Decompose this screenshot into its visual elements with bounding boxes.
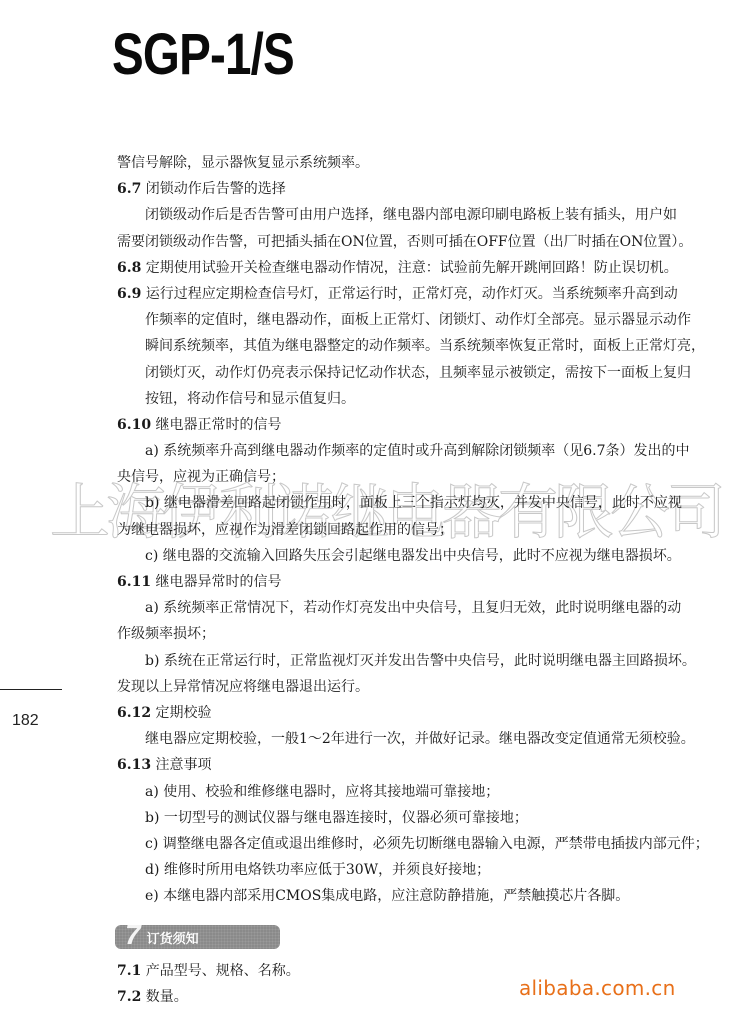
paragraph-line: e) 本继电器内部采用CMOS集成电路，应注意防静措施，严禁触摸芯片各脚。	[117, 883, 717, 909]
line-text: 定期校验	[151, 705, 211, 721]
paragraph-line: a) 系统频率升高到继电器动作频率的定值时或升高到解除闭锁频率（见6.7条）发出…	[117, 438, 717, 464]
line-text: 作级频率损坏；	[117, 626, 215, 642]
paragraph-line: 发现以上异常情况应将继电器退出运行。	[117, 674, 717, 700]
line-text: a) 系统频率正常情况下，若动作灯亮发出中央信号，且复归无效，此时说明继电器的动	[145, 600, 681, 616]
section-heading: 6.9 运行过程应定期检查信号灯，正常运行时，正常灯亮，动作灯灭。当系统频率升高…	[117, 281, 717, 307]
paragraph-line: 央信号，应视为正确信号；	[117, 464, 717, 490]
order-item: 7.2 数量。	[117, 984, 300, 1010]
paragraph-line: d) 维修时所用电烙铁功率应低于30W，并须良好接地；	[117, 857, 717, 883]
ordering-list: 7.1 产品型号、规格、名称。7.2 数量。	[117, 958, 300, 1010]
paragraph-line: 作级频率损坏；	[117, 621, 717, 647]
section-number: 6.8	[117, 260, 141, 276]
section-7-banner: 7 订货须知	[115, 925, 280, 949]
paragraph-line: c) 继电器的交流输入回路失压会引起继电器发出中央信号，此时不应视为继电器损坏。	[117, 543, 717, 569]
document-body: 警信号解除，显示器恢复显示系统频率。6.7 闭锁动作后告警的选择闭锁级动作后是否…	[117, 150, 717, 909]
paragraph-line: 继电器应定期校验，一般1～2年进行一次，并做好记录。继电器改变定值通常无须校验。	[117, 726, 717, 752]
line-text: a) 使用、校验和维修继电器时，应将其接地端可靠接地；	[145, 784, 499, 800]
paragraph-line: 警信号解除，显示器恢复显示系统频率。	[117, 150, 717, 176]
line-text: e) 本继电器内部采用CMOS集成电路，应注意防静措施，严禁触摸芯片各脚。	[145, 888, 629, 904]
line-text: 央信号，应视为正确信号；	[117, 469, 285, 485]
paragraph-line: b) 系统在正常运行时，正常监视灯灭并发出告警中央信号，此时说明继电器主回路损坏…	[117, 648, 717, 674]
line-text: c) 继电器的交流输入回路失压会引起继电器发出中央信号，此时不应视为继电器损坏。	[145, 548, 681, 564]
section-title: 订货须知	[147, 928, 199, 947]
paragraph-line: 闭锁灯灭，动作灯仍亮表示保持记忆动作状态，且频率显示被锁定，需按下一面板上复归	[117, 360, 717, 386]
section-heading: 6.7 闭锁动作后告警的选择	[117, 176, 717, 202]
line-text: 发现以上异常情况应将继电器退出运行。	[117, 679, 369, 695]
line-text: 运行过程应定期检查信号灯，正常运行时，正常灯亮，动作灯灭。当系统频率升高到动	[141, 286, 677, 302]
paragraph-line: a) 系统频率正常情况下，若动作灯亮发出中央信号，且复归无效，此时说明继电器的动	[117, 595, 717, 621]
line-text: 作频率的定值时，继电器动作，面板上正常灯、闭锁灯、动作灯全部亮。显示器显示动作	[145, 312, 691, 328]
line-text: b) 继电器滑差回路起闭锁作用时，面板上三个指示灯均灭，并发中央信号，此时不应视	[145, 495, 682, 511]
line-text: 警信号解除，显示器恢复显示系统频率。	[117, 155, 369, 171]
line-text: 闭锁级动作后是否告警可由用户选择，继电器内部电源印刷电路板上装有插头，用户如	[145, 207, 677, 223]
line-text: 注意事项	[151, 757, 211, 773]
section-heading: 6.8 定期使用试验开关检查继电器动作情况，注意：试验前先解开跳闸回路！防止误切…	[117, 255, 717, 281]
section-number: 6.10	[117, 417, 151, 433]
section-heading: 6.13 注意事项	[117, 752, 717, 778]
page-number-rule	[0, 689, 62, 690]
line-text: c) 调整继电器各定值或退出维修时，必须先切断继电器输入电源，严禁带电插拔内部元…	[145, 836, 709, 852]
paragraph-line: 闭锁级动作后是否告警可由用户选择，继电器内部电源印刷电路板上装有插头，用户如	[117, 202, 717, 228]
section-number: 6.7	[117, 181, 141, 197]
paragraph-line: 为继电器损坏，应视作为滑差闭锁回路起作用的信号；	[117, 517, 717, 543]
section-number: 6.13	[117, 757, 151, 773]
line-text: 继电器异常时的信号	[151, 574, 281, 590]
line-text: d) 维修时所用电烙铁功率应低于30W，并须良好接地；	[145, 862, 490, 878]
paragraph-line: b) 继电器滑差回路起闭锁作用时，面板上三个指示灯均灭，并发中央信号，此时不应视	[117, 490, 717, 516]
line-text: 为继电器损坏，应视作为滑差闭锁回路起作用的信号；	[117, 522, 453, 538]
section-number: 7	[125, 923, 141, 947]
order-item: 7.1 产品型号、规格、名称。	[117, 958, 300, 984]
line-text: b) 系统在正常运行时，正常监视灯灭并发出告警中央信号，此时说明继电器主回路损坏…	[145, 653, 696, 669]
item-text: 数量。	[141, 989, 187, 1005]
section-heading: 6.11 继电器异常时的信号	[117, 569, 717, 595]
line-text: 继电器正常时的信号	[151, 417, 281, 433]
document-title: SGP-1/S	[112, 20, 294, 90]
paragraph-line: 按钮，将动作信号和显示值复归。	[117, 386, 717, 412]
line-text: 瞬间系统频率，其值为继电器整定的动作频率。当系统频率恢复正常时，面板上正常灯亮，	[145, 338, 705, 354]
line-text: 按钮，将动作信号和显示值复归。	[145, 391, 355, 407]
section-number: 6.11	[117, 574, 151, 590]
line-text: 定期使用试验开关检查继电器动作情况，注意：试验前先解开跳闸回路！防止误切机。	[141, 260, 677, 276]
item-number: 7.1	[117, 963, 141, 979]
paragraph-line: a) 使用、校验和维修继电器时，应将其接地端可靠接地；	[117, 779, 717, 805]
paragraph-line: 作频率的定值时，继电器动作，面板上正常灯、闭锁灯、动作灯全部亮。显示器显示动作	[117, 307, 717, 333]
paragraph-line: 瞬间系统频率，其值为继电器整定的动作频率。当系统频率恢复正常时，面板上正常灯亮，	[117, 333, 717, 359]
paragraph-line: b) 一切型号的测试仪器与继电器连接时，仪器必须可靠接地；	[117, 805, 717, 831]
section-heading: 6.10 继电器正常时的信号	[117, 412, 717, 438]
line-text: b) 一切型号的测试仪器与继电器连接时，仪器必须可靠接地；	[145, 810, 528, 826]
line-text: a) 系统频率升高到继电器动作频率的定值时或升高到解除闭锁频率（见6.7条）发出…	[145, 443, 690, 459]
section-number: 6.9	[117, 286, 141, 302]
paragraph-line: 需要闭锁级动作告警，可把插头插在ON位置，否则可插在OFF位置（出厂时插在ON位…	[117, 229, 717, 255]
item-number: 7.2	[117, 989, 141, 1005]
section-number: 6.12	[117, 705, 151, 721]
line-text: 闭锁动作后告警的选择	[141, 181, 285, 197]
alibaba-watermark: alibaba.com.cn	[519, 976, 676, 1000]
line-text: 继电器应定期校验，一般1～2年进行一次，并做好记录。继电器改变定值通常无须校验。	[145, 731, 695, 747]
section-heading: 6.12 定期校验	[117, 700, 717, 726]
paragraph-line: c) 调整继电器各定值或退出维修时，必须先切断继电器输入电源，严禁带电插拔内部元…	[117, 831, 717, 857]
item-text: 产品型号、规格、名称。	[141, 963, 299, 979]
page-number: 182	[12, 712, 39, 730]
line-text: 闭锁灯灭，动作灯仍亮表示保持记忆动作状态，且频率显示被锁定，需按下一面板上复归	[145, 365, 691, 381]
line-text: 需要闭锁级动作告警，可把插头插在ON位置，否则可插在OFF位置（出厂时插在ON位…	[117, 234, 692, 250]
